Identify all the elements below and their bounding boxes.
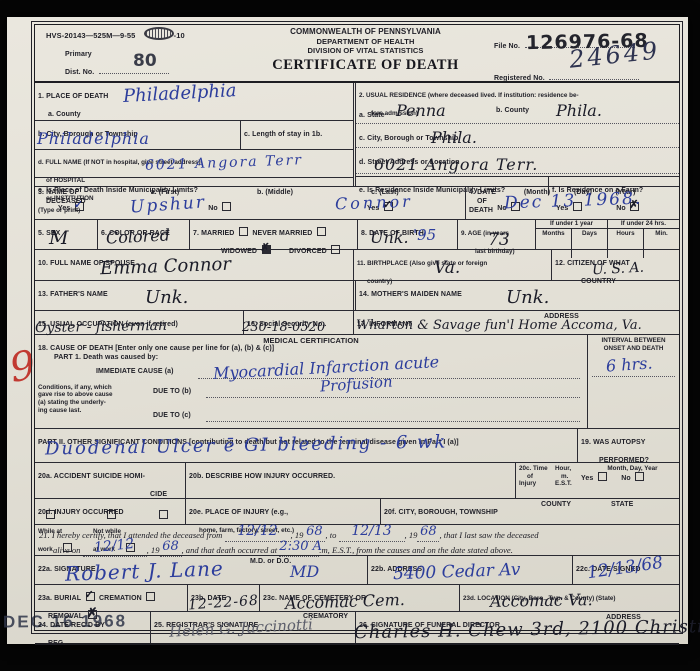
s20c-mdy-label: Month, Day, Year	[589, 465, 676, 488]
section-23a: 23a. BURIAL ✓ CREMATION REMOVAL ✗	[35, 585, 187, 611]
s2-label: 2. USUAL RESIDENCE (where deceased lived…	[359, 92, 579, 99]
s1d-value: 6021 Angora Terr	[145, 153, 303, 173]
s20d-label: 20d. INJURY OCCURRED	[38, 509, 124, 516]
s18-cond3: (a) stating the underly-	[38, 399, 150, 407]
married-checkbox	[239, 227, 248, 236]
section-birthplace: 11. BIRTHPLACE (Also give state or forei…	[353, 250, 551, 280]
s7-married-label: 7. MARRIED	[193, 230, 234, 237]
primary-dist-label2: Dist. No.	[65, 69, 94, 76]
s16-value: 230-18-0520	[242, 321, 325, 334]
section-20c: 20c. Time of Injury Hour, m. E.S.T. Mont…	[515, 463, 679, 498]
part2-autopsy-row: PART II. OTHER SIGNIFICANT CONDITIONS [c…	[35, 429, 679, 463]
physician-row: 22a. SIGNATURE M.D. or D.O. Robert J. La…	[35, 556, 679, 585]
section-spouse: 10. FULL NAME OF SPOUSE Emma Connor	[35, 250, 353, 280]
org-line3: DIVISION OF VITAL STATISTICS	[243, 46, 488, 55]
s23-cremation-label: CREMATION	[99, 595, 142, 602]
s7-never-label: NEVER MARRIED	[252, 230, 312, 237]
section-20d: 20d. INJURY OCCURRED While at work Not w…	[35, 499, 185, 524]
s11-value: Va.	[434, 260, 460, 277]
section-usual-residence: 2. USUAL RESIDENCE (where deceased lived…	[353, 83, 679, 186]
certify-line2: alive on 12/12, 1968, and that death occ…	[39, 542, 675, 557]
attended-from-value: 12/12	[237, 523, 277, 539]
section-cause-of-death: MEDICAL CERTIFICATION 18. CAUSE OF DEATH…	[35, 335, 587, 428]
s19-label1: 19. WAS AUTOPSY	[581, 439, 646, 446]
s3c-value: Connor	[335, 194, 413, 213]
funeral-director-signature: Charles H. Chew 3rd, 2100 Christian	[354, 618, 700, 643]
registered-no-label: Registered No.	[494, 75, 545, 82]
section-marital-status: 7. MARRIED NEVER MARRIED WIDOWED ✗ DIVOR…	[189, 220, 357, 249]
certificate-paper: 9 DEC 16 1968 HVS-20143—525M—9-55 -10 Pr…	[7, 17, 688, 644]
s14-label: 14. MOTHER'S MAIDEN NAME	[359, 291, 462, 298]
spouse-birthplace-row: 10. FULL NAME OF SPOUSE Emma Connor 11. …	[35, 250, 679, 281]
s23-burial-label: 23a. BURIAL	[38, 595, 81, 602]
s20c-hour-label: Hour,	[555, 465, 589, 473]
interval-column: INTERVAL BETWEEN ONSET AND DEATH 6 hrs.	[587, 335, 679, 428]
s20c-label3: Injury	[519, 480, 555, 488]
s6-value: Colored	[106, 227, 171, 246]
section-name-of-deceased: 3. NAME OF DECEASED (Type or print) a. (…	[35, 187, 465, 219]
due-to-c-label: DUE TO (c)	[153, 412, 191, 421]
section-mother: 14. MOTHER'S MAIDEN NAME Unk.	[353, 281, 679, 310]
interval-label2: ONSET AND DEATH	[591, 345, 676, 353]
section-20e: 20e. PLACE OF INJURY (e.g., home, farm, …	[185, 499, 380, 524]
part2-value: Duodenal Ulcer ē GI bleeding - 6 wk	[45, 433, 448, 458]
occupation-ssn-informant-row: 15. USUAL OCCUPATION (even if retired) O…	[35, 311, 679, 335]
s20f-county-label: COUNTY	[541, 501, 571, 510]
certify-row: 21. I hereby certify, that I attended th…	[35, 525, 679, 556]
s1a-label: a. County	[38, 111, 81, 118]
s14-value: Unk.	[506, 289, 549, 307]
due-to-b-label: DUE TO (b)	[153, 388, 191, 397]
medical-certification-row: MEDICAL CERTIFICATION 18. CAUSE OF DEATH…	[35, 335, 679, 429]
section-color-race: 6. COLOR OR RACE Colored	[97, 220, 189, 249]
s18-cond4: ing cause last.	[38, 407, 150, 415]
s4-value: Dec 13 1968.	[504, 191, 643, 213]
section-age-subtable: If under 1 year If under 24 hrs. Months …	[535, 220, 679, 249]
s3-label3: (Type or print)	[38, 207, 110, 215]
md-do-label: M.D. or D.O.	[250, 558, 291, 567]
section-22a: 22a. SIGNATURE M.D. or D.O. Robert J. La…	[35, 556, 367, 584]
s1-label: 1. PLACE OF DEATH	[38, 93, 108, 100]
s3-label1: 3. NAME OF	[38, 189, 110, 198]
s13-label: 13. FATHER'S NAME	[38, 291, 108, 298]
burial-row: 23a. BURIAL ✓ CREMATION REMOVAL ✗ 23b. D…	[35, 585, 679, 612]
s20a-label: 20a. ACCIDENT SUICIDE HOMI-	[38, 473, 145, 480]
s8-value2: '95	[413, 228, 436, 243]
section-ssn: 16. Social Security No.. 230-18-0520	[243, 311, 353, 334]
s1a-value: Philadelphia	[123, 82, 237, 106]
physician-address: 5400 Cedar Av	[393, 562, 521, 583]
registrar-signature: Helen G. Juccinotti	[169, 617, 313, 640]
date-signed-value: 12/13/68	[586, 555, 664, 582]
s20c-label2: of	[519, 473, 555, 481]
s15-value: Oyster - fisherman	[35, 319, 167, 335]
last-seen-alive-value: 12/12	[94, 537, 136, 555]
s11-label1: 11. BIRTHPLACE (Also give state or forei…	[357, 260, 487, 267]
form-number: HVS-20143—525M—9-55	[46, 31, 135, 40]
death-time-value: 2:30 A	[279, 539, 322, 554]
form-frame: HVS-20143—525M—9-55 -10 Primary Dist. No…	[34, 24, 680, 631]
section-26: 26. SIGNATURE OF FUNERAL DIRECTOR ADDRES…	[355, 612, 679, 643]
s20a-label2: CIDE	[38, 491, 167, 498]
certify-line1: 21. I hereby certify, that I attended th…	[39, 527, 675, 542]
s2b-label: b. County	[496, 107, 529, 116]
s2c-value: Phila.	[431, 130, 477, 146]
section-22c: 22c. DATE SIGNED 12/13/68	[572, 556, 679, 584]
section-20a: 20a. ACCIDENT SUICIDE HOMI- CIDE	[35, 463, 185, 498]
section-part2: PART II. OTHER SIGNIFICANT CONDITIONS [c…	[35, 429, 577, 462]
physician-signature: Robert J. Lane	[65, 558, 224, 584]
s18-cond2: gave rise to above cause	[38, 391, 150, 399]
attended-to-year: 68	[420, 524, 437, 539]
under-24-hrs-label: If under 24 hrs.	[608, 220, 679, 228]
interval-label1: INTERVAL BETWEEN	[591, 337, 676, 345]
section-23b: 23b. DATE 12-22-68	[187, 585, 259, 611]
s18-cond1: Conditions, if any, which	[38, 384, 150, 392]
accident-row: 20a. ACCIDENT SUICIDE HOMI- CIDE 20b. DE…	[35, 463, 679, 499]
s20f-label: 20f. CITY, BOROUGH, TOWNSHIP	[384, 509, 498, 516]
immediate-cause-label: IMMEDIATE CAUSE (a)	[96, 368, 174, 377]
s1b-value: Philadelphia	[37, 131, 150, 147]
s24-label2: REG.	[38, 640, 66, 647]
burial-location-value: Accomac Va.	[490, 592, 593, 610]
s20c-m-label: m.	[555, 473, 589, 481]
s20f-state-label: STATE	[611, 501, 633, 510]
s1c-label: c. Length of stay in 1b.	[244, 131, 322, 138]
s3b-label: b. (Middle)	[220, 189, 330, 214]
file-no-label: File No.	[494, 43, 520, 50]
under-1-year-label: If under 1 year	[536, 220, 608, 228]
registrar-row: 24. DATE REC'D BY REG. 25. REGISTRAR'S S…	[35, 612, 679, 645]
section-23c: 23c. NAME OF CEMETERY OR CREMATORY Accom…	[259, 585, 459, 611]
section-age: 9. AGE (in years last birthday) 73	[457, 220, 535, 249]
section-24: 24. DATE REC'D BY REG.	[35, 612, 150, 643]
parents-row: 13. FATHER'S NAME Unk. 14. MOTHER'S MAID…	[35, 281, 679, 311]
section-date-of-death: 4. DATE OF DEATH (Month) (Day) (Year) De…	[465, 187, 679, 219]
section-date-of-birth: 8. DATE OF BIRTH Unk. '95	[357, 220, 457, 249]
burial-date-value: 12-22-68	[188, 594, 260, 613]
scan-background: 9 DEC 16 1968 HVS-20143—525M—9-55 -10 Pr…	[0, 0, 700, 671]
place-residence-row: 1. PLACE OF DEATH a. County Philadelphia…	[35, 83, 679, 187]
medical-certification-title: MEDICAL CERTIFICATION	[38, 336, 584, 345]
md-value: MD	[290, 564, 319, 580]
sex-race-marital-row: 5. SEX M 6. COLOR OR RACE Colored 7. MAR…	[35, 220, 679, 250]
s24-label1: 24. DATE REC'D BY	[38, 622, 105, 629]
section-informant: 17. INFORMANT ADDRESS Wharton & Savage f…	[353, 311, 679, 334]
s9-value: 73	[488, 232, 510, 249]
header-row: HVS-20143—525M—9-55 -10 Primary Dist. No…	[35, 25, 679, 83]
section-25: 25. REGISTRAR'S SIGNATURE Helen G. Jucci…	[150, 612, 355, 643]
s13-value: Unk.	[145, 289, 188, 307]
s3-label2: DECEASED	[38, 198, 110, 207]
s20c-label1: 20c. Time	[519, 465, 555, 473]
check-mark-icon: ✓	[85, 588, 94, 601]
org-line2: DEPARTMENT OF HEALTH	[243, 37, 488, 46]
s18-label: 18. CAUSE OF DEATH [Enter only one cause…	[38, 345, 584, 354]
s2a-value: Penna	[396, 103, 446, 119]
section-20b: 20b. DESCRIBE HOW INJURY OCCURRED.	[185, 463, 515, 498]
section-23d: 23d. LOCATION (City, Boro., Twp. & Count…	[459, 585, 679, 611]
s8-value1: Unk.	[370, 230, 409, 246]
primary-dist-value: 80	[133, 51, 157, 71]
injury-row: 20d. INJURY OCCURRED While at work Not w…	[35, 499, 679, 525]
validation-stamp-icon	[144, 27, 174, 40]
s2b-value: Phila.	[556, 103, 602, 119]
never-married-checkbox	[317, 227, 326, 236]
s10-value: Emma Connor	[100, 256, 232, 279]
section-autopsy: 19. WAS AUTOPSY PERFORMED? Yes No	[577, 429, 679, 462]
section-citizen: 12. CITIZEN OF WHAT COUNTRY U. S. A.	[551, 250, 679, 280]
attended-to-value: 12/13	[351, 523, 391, 539]
s17-value: Wharton & Savage fun'l Home Accoma, Va.	[356, 319, 642, 332]
org-line1: COMMONWEALTH OF PENNSYLVANIA	[243, 27, 488, 37]
section-sex: 5. SEX M	[35, 220, 97, 249]
certificate-title: CERTIFICATE OF DEATH	[243, 57, 488, 74]
section-20f: 20f. CITY, BOROUGH, TOWNSHIP COUNTY STAT…	[380, 499, 679, 524]
section-place-of-death: 1. PLACE OF DEATH a. County Philadelphia…	[35, 83, 353, 186]
last-seen-alive-year: 68	[162, 539, 179, 554]
section-father: 13. FATHER'S NAME Unk.	[35, 281, 353, 310]
s2a-label: a. State	[359, 112, 385, 119]
primary-dist-label: Primary	[65, 51, 92, 58]
s20c-est-label: E.S.T.	[555, 480, 589, 488]
cremation-checkbox	[146, 592, 155, 601]
attended-from-year: 68	[306, 524, 323, 539]
s5-value: M	[49, 229, 68, 248]
cemetery-value: Accomac Cem.	[285, 592, 405, 612]
s20e-label1: 20e. PLACE OF INJURY (e.g.,	[189, 509, 288, 516]
burial-checkbox: ✓	[86, 592, 95, 601]
section-22b: 22b. ADDRESS 5400 Cedar Av	[367, 556, 572, 584]
interval-value: 6 hrs.	[605, 355, 653, 374]
section-occupation: 15. USUAL OCCUPATION (even if retired) O…	[35, 311, 243, 334]
stamp-suffix: -10	[174, 31, 185, 40]
s12-value: U. S. A.	[592, 261, 645, 278]
s2d-value: 6021 Angora Terr.	[374, 157, 538, 173]
name-dateofdeath-row: 3. NAME OF DECEASED (Type or print) a. (…	[35, 187, 679, 220]
s20b-label: 20b. DESCRIBE HOW INJURY OCCURRED.	[189, 473, 335, 480]
